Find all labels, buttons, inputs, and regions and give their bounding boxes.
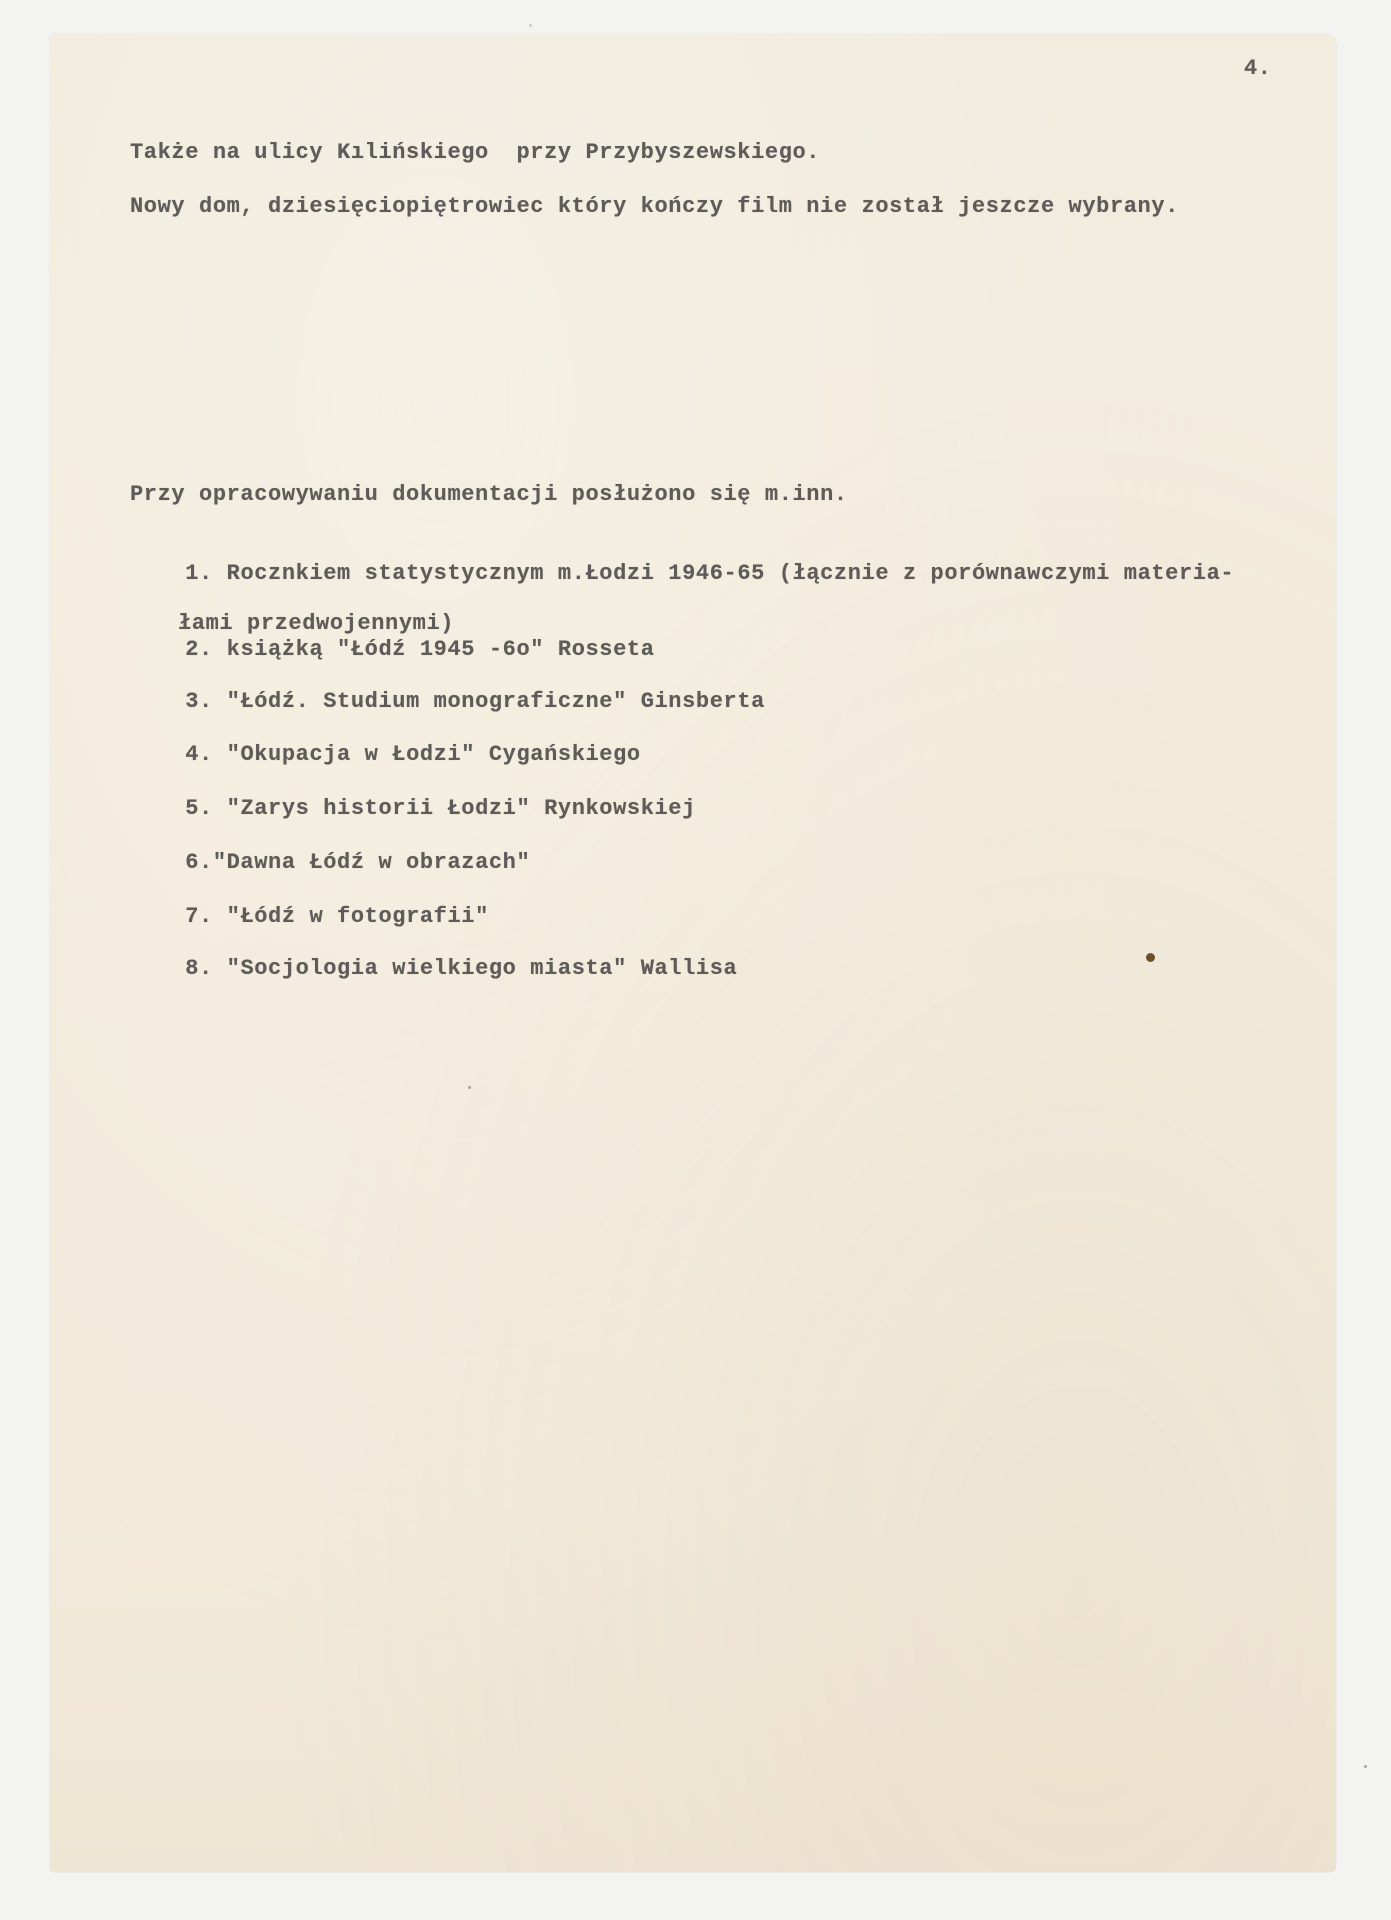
source-text: "Zarys historii Łodzi" Rynkowskiej xyxy=(227,796,696,821)
paragraph-street-location: Także na ulicy Kılińskiego przy Przybysz… xyxy=(130,140,820,165)
source-number: 1. xyxy=(185,561,213,586)
scanned-page: 4. Także na ulicy Kılińskiego przy Przyb… xyxy=(0,0,1391,1920)
source-number: 6. xyxy=(185,850,213,875)
source-text: "Okupacja w Łodzi" Cygańskiego xyxy=(227,742,641,767)
paper-speck xyxy=(468,1086,471,1089)
page-number: 4. xyxy=(1244,56,1272,81)
paper-speck xyxy=(529,24,532,27)
source-number: 7. xyxy=(185,904,213,929)
source-text: książką "Łódź 1945 -6o" Rosseta xyxy=(227,637,655,662)
source-text: "Łódź. Studium monograficzne" Ginsberta xyxy=(227,689,765,714)
source-item-8: 8. "Socjologia wielkiego miasta" Wallisa xyxy=(130,931,737,1006)
source-text: "Łódź w fotografii" xyxy=(227,904,489,929)
ink-stain-dot xyxy=(1146,953,1155,962)
paper-speck xyxy=(1364,1765,1367,1768)
source-number: 4. xyxy=(185,742,213,767)
source-number: 2. xyxy=(185,637,213,662)
paragraph-new-house: Nowy dom, dziesięciopiętrowiec który koń… xyxy=(130,194,1179,219)
source-number: 3. xyxy=(185,689,213,714)
source-text: "Dawna Łódź w obrazach" xyxy=(213,850,530,875)
source-text: Rocznkiem statystycznym m.Łodzi 1946-65 … xyxy=(227,561,1235,586)
sources-intro: Przy opracowywaniu dokumentacji posłużon… xyxy=(130,482,848,507)
source-text: "Socjologia wielkiego miasta" Wallisa xyxy=(227,956,738,981)
source-number: 5. xyxy=(185,796,213,821)
source-number: 8. xyxy=(185,956,213,981)
